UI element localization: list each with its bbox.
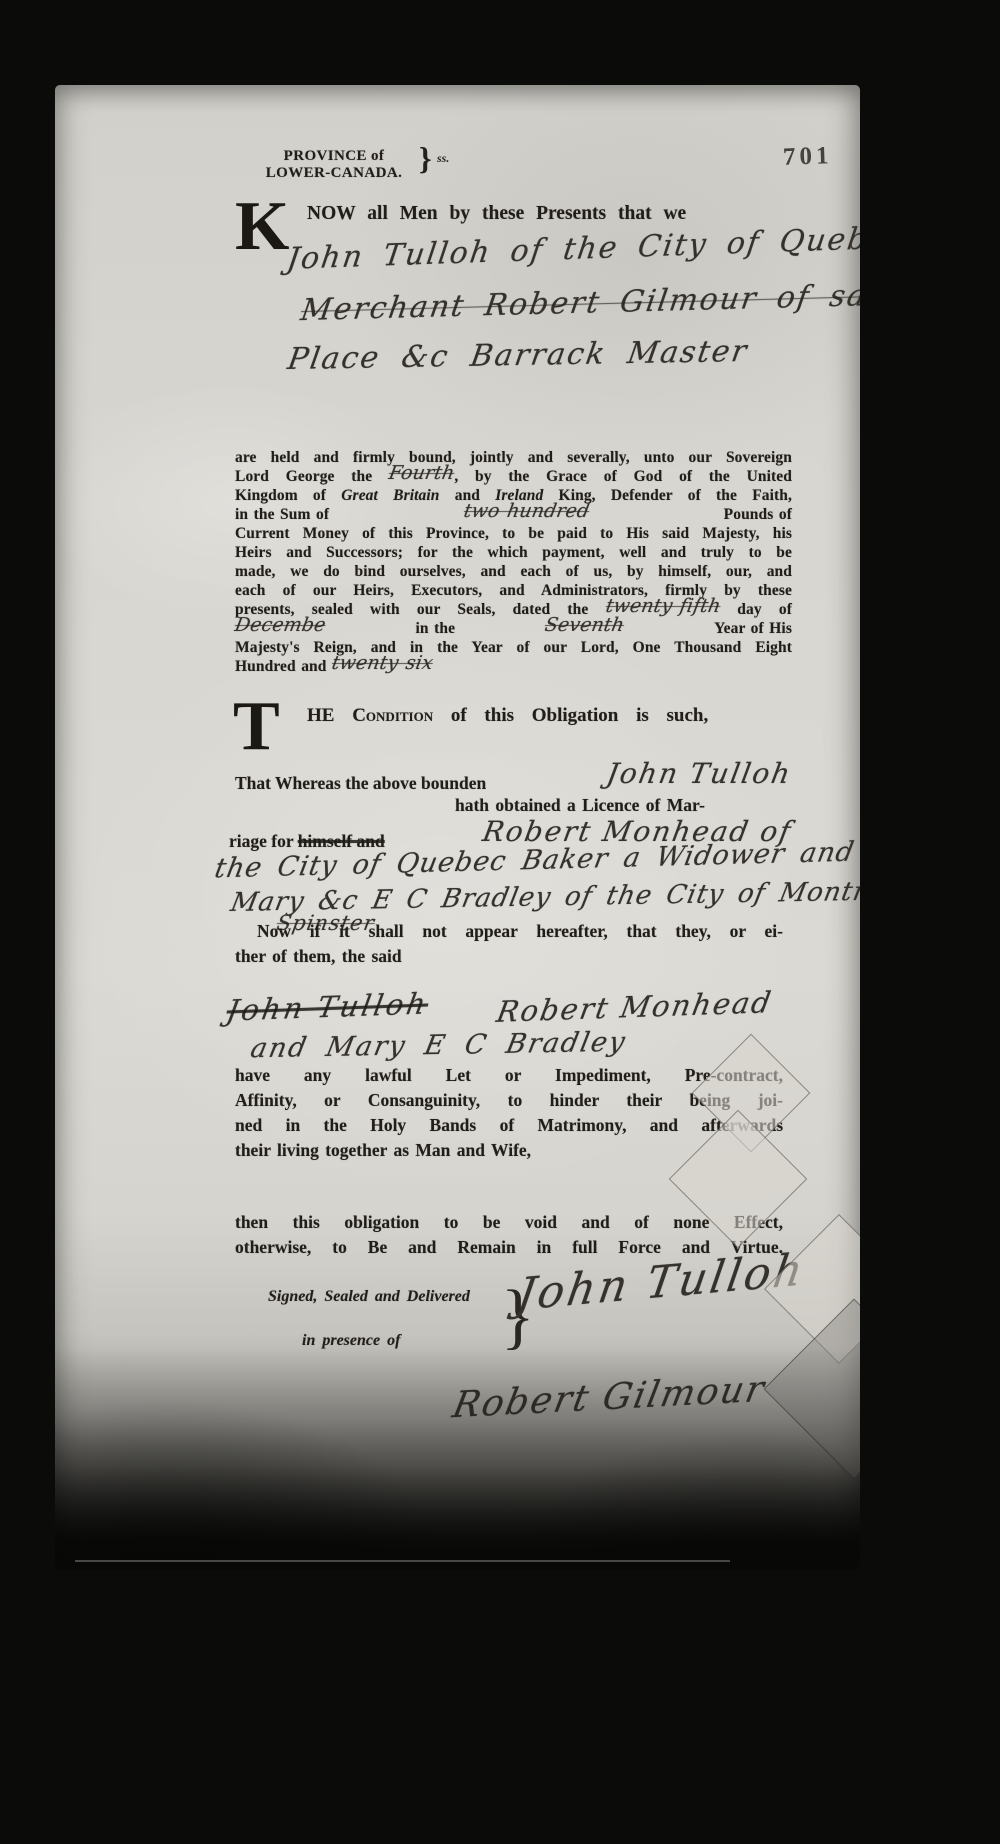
- attestation-line-1: Signed, Sealed and Delivered: [268, 1288, 470, 1306]
- bond-line: Current Money of this Province, to be pa…: [235, 524, 792, 543]
- now-line-1: Now if it shall not appear hereafter, th…: [235, 921, 783, 942]
- closing-line: then this obligation to be void and of n…: [235, 1210, 783, 1235]
- now-line-2: ther of them, the said: [235, 946, 402, 967]
- whereas-line: That Whereas the above bounden John Tull…: [235, 763, 792, 796]
- impediment-line: ned in the Holy Bands of Matrimony, and …: [235, 1113, 783, 1138]
- bond-line: made, we do bind ourselves, and each of …: [235, 562, 792, 581]
- bond-line: Decembein theSeventhYear of His: [235, 619, 792, 638]
- handwritten-struck-name: John Tulloh: [224, 986, 431, 1027]
- dropcap-t: T: [233, 697, 280, 757]
- handwritten-party-line-1: John Tulloh of the City of Quebec: [285, 220, 860, 277]
- ss-mark: ss.: [437, 151, 449, 166]
- condition-heading: HE Condition of this Obligation is such,: [307, 705, 789, 727]
- bond-line: Majesty's Reign, and in the Year of our …: [235, 638, 792, 657]
- bond-line: Lord George the Fourth, by the Grace of …: [235, 467, 792, 486]
- ss-brace: }: [419, 140, 432, 177]
- document-paper: PROVINCE of LOWER-CANADA. } ss. 701 K NO…: [55, 85, 860, 1570]
- province-line1: PROVINCE of: [248, 148, 420, 165]
- names-line: John Tulloh Robert Monhead: [227, 990, 772, 1024]
- bond-line: in the Sum oftwo hundredPounds of: [235, 505, 792, 524]
- province-line2: LOWER-CANADA.: [248, 165, 420, 182]
- handwritten-name-monhead: Robert Monhead: [494, 985, 775, 1029]
- scanned-document-page: { "colors": { "background": "#0b0b0a", "…: [0, 0, 1000, 1844]
- signature-robert-gilmour: Robert Gilmour: [449, 1369, 769, 1427]
- bond-line: Heirs and Successors; for the which paym…: [235, 543, 792, 562]
- attestation-line-2: in presence of: [302, 1332, 400, 1350]
- struck-himself-and: himself and: [298, 831, 385, 851]
- handwritten-party-line-3: Place &c Barrack Master: [285, 334, 750, 377]
- dropcap-k: K: [235, 197, 289, 257]
- licence-line: hath obtained a Licence of Mar-: [455, 795, 705, 816]
- bond-line: are held and firmly bound, jointly and s…: [235, 448, 792, 467]
- handwritten-name-bradley: and Mary E C Bradley: [248, 1027, 629, 1065]
- know-all-men-line: NOW all Men by these Presents that we: [307, 203, 789, 225]
- handwritten-party-line-2: Merchant Robert Gilmour of same: [298, 277, 860, 328]
- handwritten-bounden-name: John Tulloh: [605, 757, 795, 790]
- bond-line: Hundred and twenty six: [235, 657, 792, 676]
- scan-artifact-line: [75, 1560, 730, 1562]
- province-label: PROVINCE of LOWER-CANADA.: [248, 148, 420, 182]
- bond-paragraph: are held and firmly bound, jointly and s…: [235, 448, 792, 676]
- folio-number: 701: [783, 142, 833, 172]
